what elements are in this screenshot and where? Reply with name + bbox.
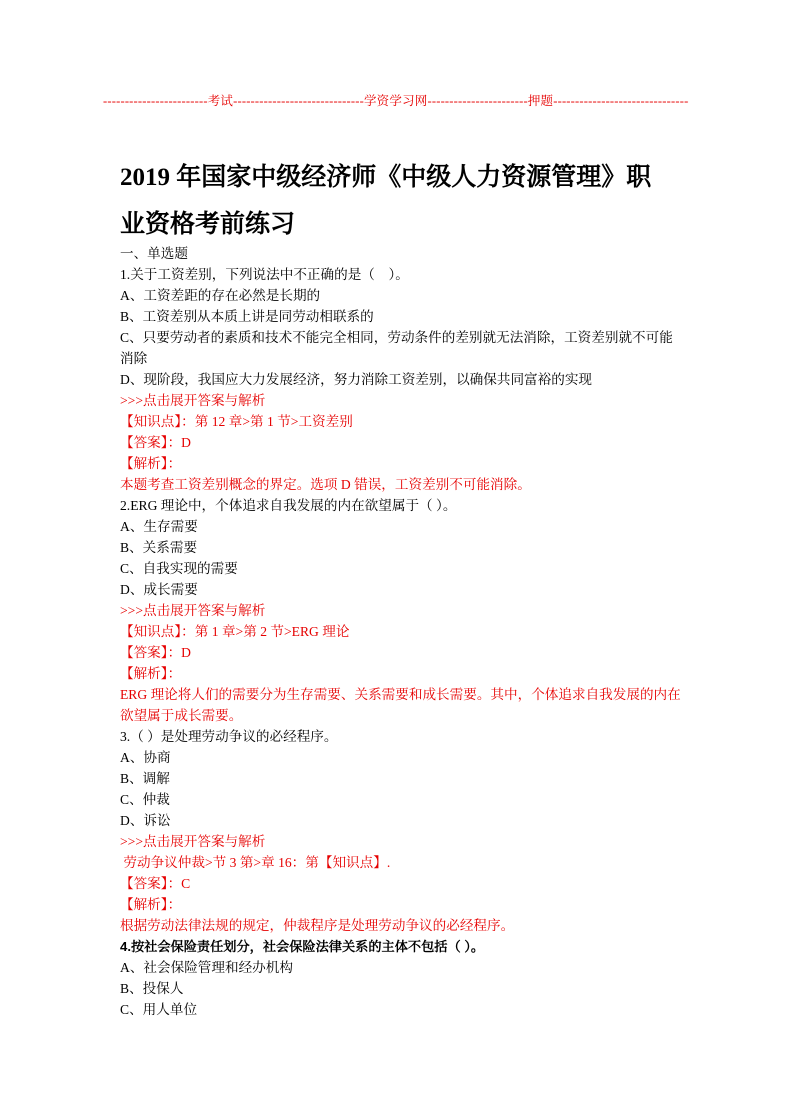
question-3-expand-answer-link[interactable]: >>>点击展开答案与解析 bbox=[120, 831, 682, 852]
question-2-answer: 【答案】：D bbox=[120, 642, 682, 663]
question-2-expand-answer-link[interactable]: >>>点击展开答案与解析 bbox=[120, 600, 682, 621]
question-2-knowledge-point: 【知识点】：第 1 章>第 2 节>ERG 理论 bbox=[120, 621, 682, 642]
question-1-stem: 1.关于工资差别，下列说法中不正确的是（ ）。 bbox=[120, 264, 682, 285]
question-3-analysis-text: 根据劳动法律法规的规定，仲裁程序是处理劳动争议的必经程序。 bbox=[120, 915, 682, 936]
document-body: 一、单选题 1.关于工资差别，下列说法中不正确的是（ ）。 A、工资差距的存在必… bbox=[120, 243, 682, 1020]
question-1-answer: 【答案】：D bbox=[120, 432, 682, 453]
question-3-stem: 3.（ ）是处理劳动争议的必经程序。 bbox=[120, 726, 682, 747]
question-3-option-b: B、调解 bbox=[120, 768, 682, 789]
question-3-answer: 【答案】：C bbox=[120, 873, 682, 894]
question-3-option-c: C、仲裁 bbox=[120, 789, 682, 810]
document-page: ------------------------考试--------------… bbox=[0, 0, 792, 1120]
question-2-option-b: B、关系需要 bbox=[120, 537, 682, 558]
question-2-option-d: D、成长需要 bbox=[120, 579, 682, 600]
question-1-option-c: C、只要劳动者的素质和技术不能完全相同，劳动条件的差别就无法消除，工资差别就不可… bbox=[120, 327, 682, 369]
question-2-stem: 2.ERG 理论中，个体追求自我发展的内在欲望属于（ ）。 bbox=[120, 495, 682, 516]
question-2-analysis-text: ERG 理论将人们的需要分为生存需要、关系需要和成长需要。其中，个体追求自我发展… bbox=[120, 684, 682, 726]
question-2-analysis-label: 【解析】： bbox=[120, 663, 682, 684]
question-4-stem: 4.按社会保险责任划分，社会保险法律关系的主体不包括（ ）。 bbox=[120, 936, 682, 957]
question-4-option-a: A、社会保险管理和经办机构 bbox=[120, 957, 682, 978]
question-1-option-d: D、现阶段，我国应大力发展经济，努力消除工资差别，以确保共同富裕的实现 bbox=[120, 369, 682, 390]
question-3-knowledge-point: 劳动争议仲裁>节 3 第>章 16：第【知识点】. bbox=[120, 852, 682, 873]
question-3-option-a: A、协商 bbox=[120, 747, 682, 768]
question-1-analysis-text: 本题考查工资差别概念的界定。选项 D 错误，工资差别不可能消除。 bbox=[120, 474, 682, 495]
question-4-option-b: B、投保人 bbox=[120, 978, 682, 999]
question-1-option-b: B、工资差别从本质上讲是同劳动相联系的 bbox=[120, 306, 682, 327]
question-1-option-a: A、工资差距的存在必然是长期的 bbox=[120, 285, 682, 306]
section-heading: 一、单选题 bbox=[120, 243, 682, 264]
question-2-option-a: A、生存需要 bbox=[120, 516, 682, 537]
watermark-header: ------------------------考试--------------… bbox=[103, 93, 689, 110]
question-3-option-d: D、诉讼 bbox=[120, 810, 682, 831]
document-title: 2019 年国家中级经济师《中级人力资源管理》职业资格考前练习 bbox=[120, 154, 672, 248]
question-3-analysis-label: 【解析】： bbox=[120, 894, 682, 915]
question-2-option-c: C、自我实现的需要 bbox=[120, 558, 682, 579]
question-4-option-c: C、用人单位 bbox=[120, 999, 682, 1020]
question-1-analysis-label: 【解析】： bbox=[120, 453, 682, 474]
question-1-knowledge-point: 【知识点】：第 12 章>第 1 节>工资差别 bbox=[120, 411, 682, 432]
question-1-expand-answer-link[interactable]: >>>点击展开答案与解析 bbox=[120, 390, 682, 411]
